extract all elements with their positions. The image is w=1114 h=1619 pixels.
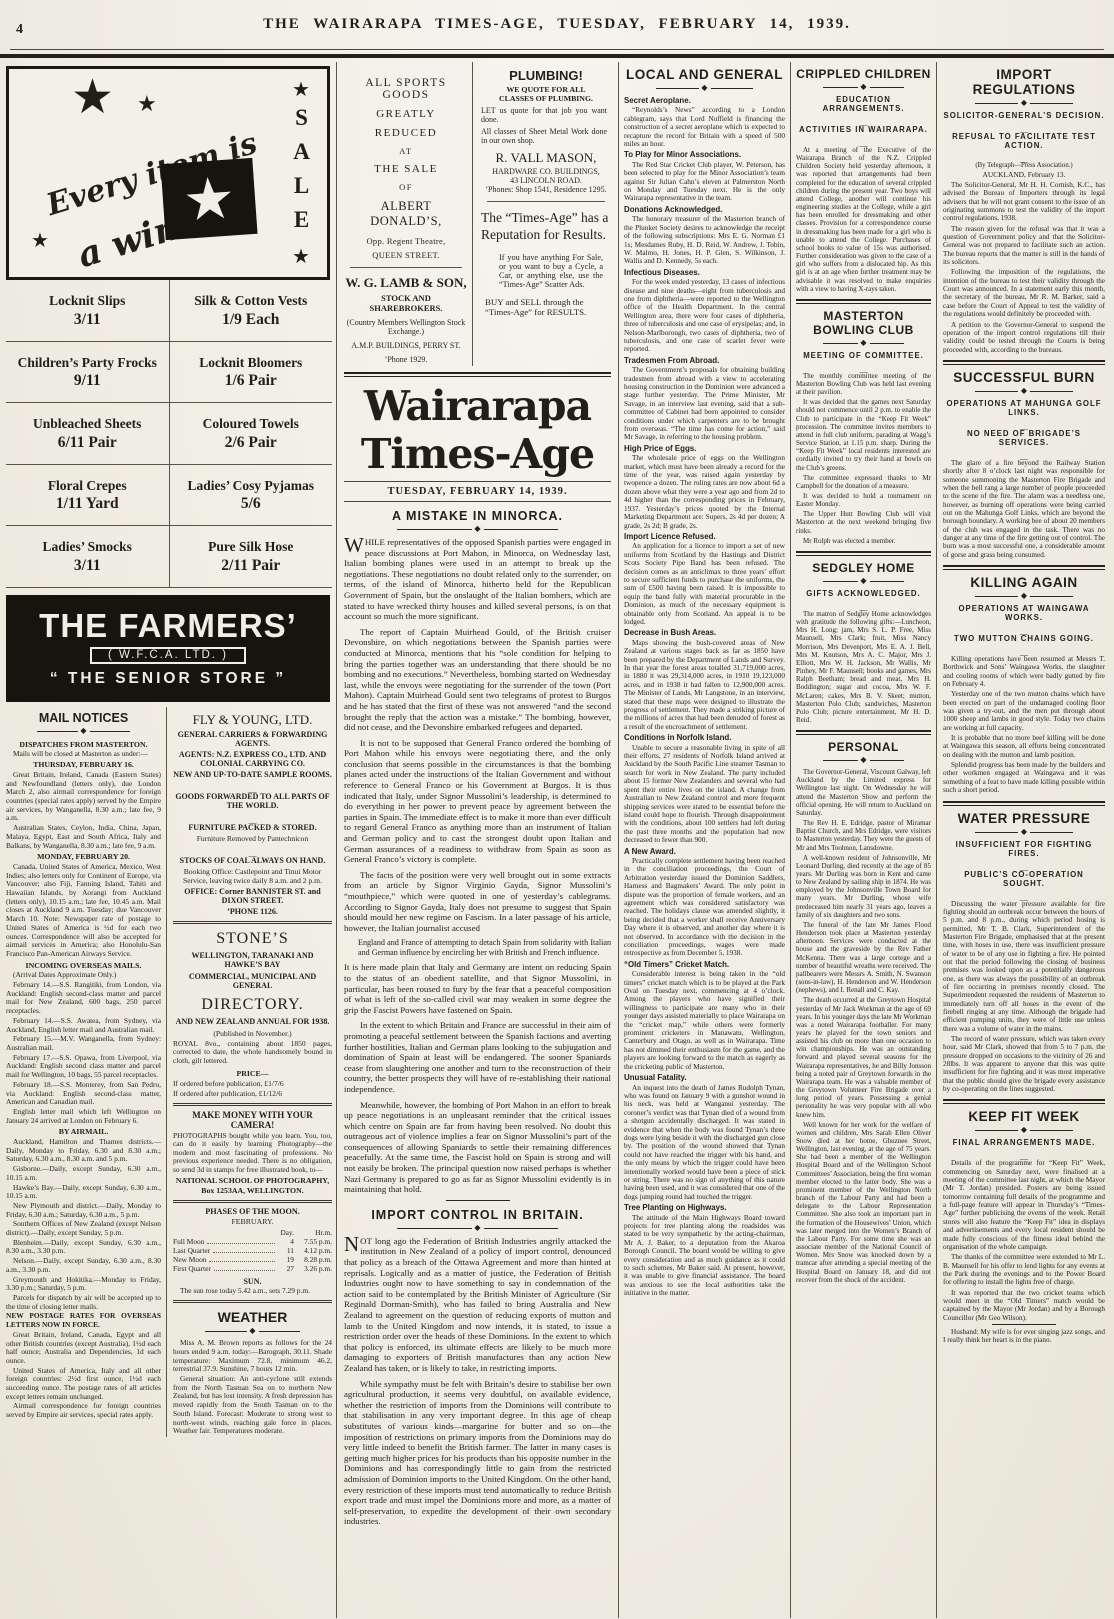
item-price: 1/11 Yard (12, 495, 163, 513)
section-rule-heavy (796, 551, 931, 556)
article-body: At a meeting of the Executive of the Wai… (796, 146, 931, 293)
item-price: 5/6 (176, 495, 327, 513)
dash-divider-icon (796, 135, 931, 144)
item-name: Locknit Slips (12, 293, 163, 309)
dash-divider-icon (173, 781, 332, 790)
running-head: THE WAIRARAPA TIMES-AGE, TUESDAY, FEBRUA… (0, 0, 1114, 33)
item-price: 3/11 (12, 557, 163, 575)
ad-line: Booking Office: Castlepoint and Tinui Mo… (173, 867, 332, 885)
article-paragraph: “Reynolds’s News” according to a London … (624, 106, 785, 148)
filler-joke: Husband: My wife is for ever singing jaz… (943, 1328, 1105, 1345)
price-line: If ordered after publication, £1/12/6 (173, 1089, 332, 1098)
ad-line: ALBERT DONALD’S, (344, 199, 468, 229)
column-news-right: IMPORT REGULATIONS SOLICITOR-GENERAL’S D… (936, 62, 1108, 1618)
dash-divider-icon (943, 448, 1105, 457)
item-name: Children’s Party Frocks (12, 355, 163, 371)
article-paragraph: The Rev H. E. Edridge, pastor of Miramar… (796, 819, 931, 852)
promo-line: BUY and SELL through the “Times-Age” for… (485, 297, 611, 317)
page-columns: Every item is a winner! SALE Locknit Sli… (0, 58, 1114, 1618)
section-rule-heavy (943, 360, 1105, 365)
article-paragraph: The honorary treasurer of the Masterton … (624, 215, 785, 265)
price-item: Ladies’ Smocks3/11 (6, 526, 169, 587)
article-paragraph: Practically complete settlement having b… (624, 857, 785, 958)
section-rule-heavy (943, 565, 1105, 570)
price-item: Floral Crepes1/11 Yard (6, 465, 169, 527)
price-item: Pure Silk Hose2/11 Pair (170, 526, 333, 587)
article-paragraph: It was decided that the games next Satur… (796, 398, 931, 471)
directory-name: DIRECTORY. (173, 996, 332, 1014)
diamond-divider-icon (823, 339, 904, 349)
item-price: 6/11 Pair (12, 434, 163, 452)
article-body: The monthly committee meeting of the Mas… (796, 372, 931, 545)
diamond-divider-icon (205, 1327, 300, 1337)
ad-line: Furniture Removed by Pantechnicon (173, 834, 332, 843)
article-paragraph: The Solicitor-General, Mr H. H. Cornish,… (943, 181, 1105, 223)
article-body: Details of the programme for “Keep Fit” … (943, 1159, 1105, 1322)
diamond-divider-icon (656, 84, 753, 94)
sun-heading: SUN. (173, 1277, 332, 1286)
section-rule (173, 1200, 332, 1203)
article-body: Discussing the water pressure available … (943, 900, 1105, 1094)
column-ads-left: Every item is a winner! SALE Locknit Sli… (6, 62, 336, 1618)
article-paragraph: Australian States, Ceylon, India, China,… (6, 824, 161, 850)
article-subhead: OPERATIONS AT MAHUNGA GOLF LINKS. (943, 399, 1105, 417)
dash-divider-icon (943, 121, 1105, 130)
ad-line: GREATLY (344, 108, 468, 120)
article-paragraph: Southern Offices of New Zealand (except … (6, 1220, 161, 1237)
article-paragraph: Blenheim.—Daily, except Sunday, 6.30 a.m… (6, 1239, 161, 1256)
item-name: Unbleached Sheets (12, 416, 163, 432)
article-body: The matron of Sedgley Home acknowledges … (796, 610, 931, 724)
article-paragraph: The committee expressed thanks to Mr Cam… (796, 474, 931, 490)
dash-divider-icon (173, 812, 332, 821)
ad-address: A.M.P. BUILDINGS, PERRY ST. (344, 341, 468, 350)
article-paragraph: English letter mail which left Wellingto… (6, 1108, 161, 1125)
item-heading: Tradesmen From Abroad. (624, 357, 785, 365)
phase-name: Full Moon (173, 1237, 204, 1246)
directory-name: STONE’S (173, 930, 332, 948)
section-title: PERSONAL (796, 740, 931, 754)
article-paragraph: Splendid progress has been made by the b… (943, 761, 1105, 794)
item-heading: “Old Timers” Cricket Match. (624, 961, 785, 969)
section-rule (173, 921, 332, 924)
article-subhead: REFUSAL TO FACILITATE TEST ACTION. (943, 132, 1105, 150)
stones-directory-advert: STONE’S WELLINGTON, TARANAKI AND HAWKE’S… (173, 930, 332, 1098)
article-body: The Solicitor-General, Mr H. H. Cornish,… (943, 181, 1105, 354)
ad-address: NATIONAL SCHOOL OF PHOTOGRAPHY, (173, 1176, 332, 1185)
top-adverts: ALL SPORTS GOODS GREATLY REDUCED AT THE … (344, 62, 611, 366)
section-body: Secret Aeroplane.“Reynolds’s News” accor… (624, 97, 785, 1298)
article-body: Miss A. M. Brown reports as follows for … (173, 1339, 332, 1436)
item-heading: Import Licence Refused. (624, 533, 785, 541)
moon-phases-table: PHASES OF THE MOON. FEBRUARY. Day. Hr.m.… (173, 1207, 332, 1296)
price-list: Locknit Slips3/11 Children’s Party Frock… (6, 280, 332, 588)
promo-line: The “Times-Age” has a Reputation for Res… (481, 209, 609, 243)
article-paragraph: Great Britain, Ireland, Canada, Egypt an… (6, 1331, 161, 1366)
article-paragraph: The report of Captain Muirhead Gould, of… (344, 627, 611, 733)
diamond-divider-icon (975, 1126, 1072, 1136)
item-heading: Donations Acknowledged. (624, 206, 785, 214)
item-heading: To Play for Minor Associations. (624, 151, 785, 159)
subheading: THURSDAY, FEBRUARY 16. (6, 761, 161, 770)
item-heading: Secret Aeroplane. (624, 97, 785, 105)
section-rule-heavy (796, 299, 931, 304)
short-rule (992, 1324, 1056, 1325)
article-paragraph: The death occurred at the Greytown Hospi… (796, 996, 931, 1118)
dash-divider-icon (173, 845, 332, 854)
promo-line: If you have anything For Sale, or you wa… (499, 253, 603, 289)
left-subcolumns: MAIL NOTICES DISPATCHES FROM MASTERTON. … (6, 707, 332, 1437)
article-subhead: INSUFFICIENT FOR FIGHTING FIRES. (943, 840, 1105, 858)
article-paragraph: At a meeting of the Executive of the Wai… (796, 146, 931, 293)
subheading: NEW POSTAGE RATES FOR OVERSEAS LETTERS N… (6, 1312, 161, 1329)
article-paragraph: Hawke’s Bay.—Daily, except Sunday, 6.30 … (6, 1184, 161, 1201)
article-paragraph: Nelson.—Daily, except Sunday, 6.30 a.m.,… (6, 1257, 161, 1274)
article-paragraph: Gisborne.—Daily, except Sunday, 6.30 a.m… (6, 1165, 161, 1182)
sun-times: The sun rose today 5.42 a.m., sets 7.29 … (173, 1287, 332, 1296)
article-paragraph: It was reported that the two cricket tea… (943, 1289, 1105, 1322)
ad-line: OF (344, 182, 468, 192)
dash-divider-icon (943, 644, 1105, 653)
ad-line: OFFICE: Corner BANNISTER ST. and DIXON S… (173, 887, 332, 905)
item-name: Pure Silk Hose (176, 539, 327, 555)
ad-line: AT (344, 146, 468, 156)
company-name: W. G. LAMB & SON, (344, 275, 468, 291)
article-paragraph: Miss A. M. Brown reports as follows for … (173, 1339, 332, 1374)
price-item: Locknit Bloomers1/6 Pair (170, 342, 333, 404)
filler-item: Husband: My wife is for ever singing jaz… (943, 1328, 1105, 1345)
subheading: BY AIRMAIL. (6, 1128, 161, 1137)
article-paragraph: It is here made plain that Italy and Ger… (344, 962, 611, 1015)
item-price: 3/11 (12, 311, 163, 329)
mail-notices-article: MAIL NOTICES DISPATCHES FROM MASTERTON. … (6, 707, 166, 1437)
section-rule-heavy (796, 730, 931, 735)
dash-divider-icon (796, 361, 931, 370)
paragraph-text: HILE representatives of the opposed Span… (344, 537, 611, 621)
table-row: New Moon198.28 p.m. (173, 1255, 332, 1264)
farmers-advert-inner: THE FARMERS’ ( W.F.C.A. LTD. ) “ THE SEN… (9, 598, 327, 699)
ad-address: HARDWARE CO. BUILDINGS, (481, 167, 611, 176)
drop-cap: W (344, 537, 365, 554)
company-name: R. VALL MASON, (481, 150, 611, 166)
diamond-divider-icon (823, 83, 904, 93)
phase-time: 8.28 p.m. (294, 1255, 332, 1264)
subheading: MONDAY, FEBRUARY 20. (6, 853, 161, 862)
article-paragraph: Yesterday one of the two mutton chains w… (943, 690, 1105, 732)
page-header: 4 THE WAIRARAPA TIMES-AGE, TUESDAY, FEBR… (0, 0, 1114, 46)
column-district-news: CRIPPLED CHILDREN EDUCATION ARRANGEMENTS… (790, 62, 936, 1618)
item-price: 9/11 (12, 372, 163, 390)
ad-line: REDUCED (344, 127, 468, 139)
table-row: First Quarter273.26 p.m. (173, 1264, 332, 1273)
price-line: If ordered before publication, £1/7/6 (173, 1079, 332, 1088)
phase-time: 4.12 p.m. (294, 1246, 332, 1255)
diamond-divider-icon (975, 592, 1072, 602)
article-paragraph: It was decided to hold a tournament on E… (796, 492, 931, 508)
phase-time: 7.55 p.m. (294, 1237, 332, 1246)
phase-name: First Quarter (173, 1264, 211, 1273)
diamond-divider-icon (37, 727, 130, 737)
item-name: Coloured Towels (176, 416, 327, 432)
article-paragraph: The glare of a fire beyond the Railway S… (943, 459, 1105, 559)
article-paragraph: New Plymouth and district.—Daily, Monday… (6, 1202, 161, 1219)
newspaper-nameplate: Wairarapa Times-Age (344, 382, 611, 478)
header-rule (10, 49, 1104, 50)
item-name: Floral Crepes (12, 478, 163, 494)
article-subhead: ACTIVITIES IN WAIRARAPA. (796, 125, 931, 134)
phase-name: Last Quarter (173, 1246, 210, 1255)
price-column-right: Silk & Cotton Vests1/9 Each Locknit Bloo… (170, 280, 333, 587)
diamond-divider-icon (823, 756, 904, 766)
article-paragraph: The record of water pressure, which was … (943, 1035, 1105, 1093)
dateline: TUESDAY, FEBRUARY 14, 1939. (344, 486, 611, 497)
article-paragraph: Auckland, Hamilton and Thames districts.… (6, 1138, 161, 1164)
store-name: THE FARMERS’ (15, 607, 321, 645)
article-paragraph: The reason given for the refusal was tha… (943, 225, 1105, 267)
price-item: Silk & Cotton Vests1/9 Each (170, 280, 333, 342)
ad-line: STOCK AND SHAREBROKERS. (344, 293, 468, 313)
article-paragraph: The thanks of the committee were extende… (943, 1253, 1105, 1286)
article-paragraph: Discussing the water pressure available … (943, 900, 1105, 1034)
price-item: Locknit Slips3/11 (6, 280, 169, 342)
section-title: KEEP FIT WEEK (943, 1109, 1105, 1124)
ad-line: AND NEW ZEALAND ANNUAL FOR 1938. (173, 1017, 332, 1026)
rule (344, 501, 611, 502)
ad-line: Opp. Regent Theatre, (344, 236, 468, 246)
article-paragraph: Details of the programme for “Keep Fit” … (943, 1159, 1105, 1251)
diamond-divider-icon (397, 525, 557, 535)
subheading: INCOMING OVERSEAS MAILS. (6, 962, 161, 971)
article-paragraph: It is probable that no more beef killing… (943, 734, 1105, 759)
article-paragraph: Killing operations have been resumed at … (943, 655, 1105, 688)
article-paragraph: February 17.—S.S. Opawa, from Liverpool,… (6, 1054, 161, 1080)
article-paragraph: An application for a licence to import a… (624, 542, 785, 626)
article-subhead: NO NEED OF BRIGADE’S SERVICES. (943, 429, 1105, 447)
article-paragraph: February 15.—M.V. Wanganella, from Sydne… (6, 1035, 161, 1052)
item-heading: Unusual Fatality. (624, 1074, 785, 1082)
section-title: MASTERTON BOWLING CLUB (796, 309, 931, 337)
section-title: WATER PRESSURE (943, 811, 1105, 826)
sale-advert: Every item is a winner! SALE (6, 66, 330, 280)
diamond-divider-icon (823, 577, 904, 587)
item-heading: Conditions in Norfolk Island. (624, 734, 785, 742)
item-name: Ladies’ Cosy Pyjamas (176, 478, 327, 494)
article-paragraph: The Governor-General, Viscount Galway, l… (796, 768, 931, 817)
article-paragraph: The facts of the position were very well… (344, 870, 611, 934)
ad-line: THE SALE (344, 163, 468, 175)
article-paragraph: The Government’s proposals for obtaining… (624, 366, 785, 442)
phase-day: 27 (278, 1264, 294, 1273)
ad-line: (Country Members Wellington Stock Exchan… (344, 318, 468, 336)
star-icon (292, 244, 310, 269)
newspaper-page: 4 THE WAIRARAPA TIMES-AGE, TUESDAY, FEBR… (0, 0, 1114, 1619)
ad-divider (350, 267, 462, 268)
article-paragraph: It is not to be supposed that General Fr… (344, 738, 611, 865)
ad-line: GOODS FORWARDED TO ALL PARTS OF THE WORL… (173, 792, 332, 810)
article-paragraph: The Upper Hutt Bowling Club will visit M… (796, 510, 931, 534)
sale-word: SALE (288, 105, 314, 241)
article-paragraph: In the extent to which Britain and Franc… (344, 1020, 611, 1094)
phase-day: 4 (278, 1237, 294, 1246)
article-paragraph: Meanwhile, however, the bombing of Port … (344, 1100, 611, 1195)
ad-phone: ’Phone 1929. (344, 355, 468, 364)
leader-body: WHILE representatives of the opposed Spa… (344, 537, 611, 1195)
table-row: Full Moon47.55 p.m. (173, 1237, 332, 1246)
section-title: SUCCESSFUL BURN (943, 370, 1105, 385)
ad-divider (487, 201, 605, 202)
ad-heading: MAKE MONEY WITH YOUR CAMERA! (173, 1110, 332, 1130)
ad-line: ALL SPORTS GOODS (344, 77, 468, 101)
article-paragraph: February 14.—S.S. Awatea, from Sydney, v… (6, 1017, 161, 1034)
price-item: Children’s Party Frocks9/11 (6, 342, 169, 404)
article-paragraph: A well-known resident of Johnsonville, M… (796, 854, 931, 919)
ad-line: GENERAL CARRIERS & FORWARDING AGENTS. (173, 730, 332, 748)
phase-day: 19 (278, 1255, 294, 1264)
article-paragraph: NOT long ago the Federation of British I… (344, 1236, 611, 1374)
article-body: The Governor-General, Viscount Galway, l… (796, 768, 931, 1284)
section-rule (173, 1300, 332, 1303)
dotted-leader (207, 1237, 275, 1244)
store-slogan: “ THE SENIOR STORE ” (15, 670, 321, 688)
byline: (By Telegraph—Press Association.) (943, 162, 1105, 169)
dash-divider-icon (796, 114, 931, 123)
article-subhead: GIFTS ACKNOWLEDGED. (796, 589, 931, 598)
item-heading: Decrease in Bush Areas. (624, 629, 785, 637)
dash-divider-icon (943, 889, 1105, 898)
article-subhead: PUBLIC’S CO-OPERATION SOUGHT. (943, 870, 1105, 888)
article-title: WEATHER (173, 1309, 332, 1325)
ad-address: 43 LINCOLN ROAD. (481, 176, 611, 185)
article-subhead: SOLICITOR-GENERAL’S DECISION. (943, 111, 1105, 120)
article-paragraph: February 14.—S.S. Rangitiki, from London… (6, 981, 161, 1016)
item-name: Silk & Cotton Vests (176, 293, 327, 309)
ad-line: NEW AND UP-TO-DATE SAMPLE ROOMS. (173, 770, 332, 779)
article-body: Mails will be closed at Masterton as und… (6, 750, 161, 1420)
article-paragraph: (Arrival Dates Approximate Only.) (6, 971, 161, 980)
article-paragraph: The monthly committee meeting of the Mas… (796, 372, 931, 396)
article-paragraph: Parcels for dispatch by air will be acce… (6, 1294, 161, 1311)
item-price: 2/6 Pair (176, 434, 327, 452)
section-title: CRIPPLED CHILDREN (796, 67, 931, 81)
ad-body: All classes of Sheet Metal Work done in … (481, 127, 607, 145)
ad-line: QUEEN STREET. (344, 250, 468, 260)
block-quote: England and France of attempting to deta… (358, 938, 611, 957)
item-heading: A New Award. (624, 848, 785, 856)
item-name: Ladies’ Smocks (12, 539, 163, 555)
article-subhead: MEETING OF COMMITTEE. (796, 351, 931, 360)
article-paragraph: Greymouth and Hokitika.—Monday to Friday… (6, 1276, 161, 1293)
article-paragraph: WHILE representatives of the opposed Spa… (344, 537, 611, 622)
article-subhead: EDUCATION ARRANGEMENTS. (796, 95, 931, 113)
dash-divider-icon (943, 859, 1105, 868)
item-heading: High Price of Eggs. (624, 445, 785, 453)
table-header: Day. Hr.m. (173, 1228, 332, 1237)
article-paragraph: February 18.—S.S. Monterey, from San Ped… (6, 1081, 161, 1107)
editorial-headline: IMPORT CONTROL IN BRITAIN. (344, 1208, 611, 1222)
ad-line: STOCKS OF COAL ALWAYS ON HAND. (173, 856, 332, 865)
dateline-place: AUCKLAND, February 13. (943, 170, 1105, 179)
leader-headline: A MISTAKE IN MINORCA. (344, 509, 611, 523)
left-inner-column: FLY & YOUNG, LTD. GENERAL CARRIERS & FOR… (166, 707, 332, 1437)
article-paragraph: The Red Star Cricket Club player, W. Pet… (624, 161, 785, 203)
ad-address: Box 1253AA, WELLINGTON. (173, 1186, 332, 1195)
camera-school-advert: MAKE MONEY WITH YOUR CAMERA! PHOTOGRAPHS… (173, 1110, 332, 1195)
ad-line: ’PHONE 1126. (173, 907, 332, 916)
phase-name: New Moon (173, 1255, 206, 1264)
ad-line: (Published in November.) (173, 1029, 332, 1038)
article-title: MAIL NOTICES (6, 711, 161, 725)
ad-line: COMMERCIAL, MUNICIPAL AND GENERAL (173, 972, 332, 990)
article-paragraph: Great Britain, Ireland, Canada (Eastern … (6, 771, 161, 823)
ad-line: WE QUOTE FOR ALL CLASSES OF PLUMBING. (489, 85, 603, 103)
star-icon (292, 77, 310, 102)
drop-cap: N (344, 1236, 360, 1253)
ad-heading: PLUMBING! (481, 68, 611, 83)
farmers-advert: THE FARMERS’ ( W.F.C.A. LTD. ) “ THE SEN… (6, 595, 330, 702)
ad-body: PHOTOGRAPHS bought while you learn. You,… (173, 1132, 332, 1175)
sports-sale-advert: ALL SPORTS GOODS GREATLY REDUCED AT THE … (344, 62, 472, 366)
section-title: KILLING AGAIN (943, 575, 1105, 590)
rule (344, 481, 611, 482)
dash-divider-icon (943, 1148, 1105, 1157)
section-rule-heavy (344, 372, 611, 377)
article-paragraph: Airmail correspondence for foreign count… (6, 1402, 161, 1419)
section-rule-heavy (943, 801, 1105, 806)
diamond-divider-icon (975, 387, 1072, 397)
star-icon (31, 228, 49, 253)
article-paragraph: Maps showing the bush-covered areas of N… (624, 639, 785, 731)
editorial-body: NOT long ago the Federation of British I… (344, 1236, 611, 1527)
price-column-left: Locknit Slips3/11 Children’s Party Frock… (6, 280, 170, 587)
section-rule (173, 1103, 332, 1106)
dash-divider-icon (943, 418, 1105, 427)
article-paragraph: The matron of Sedgley Home acknowledges … (796, 610, 931, 724)
article-paragraph: The funeral of the late Mr James Flood H… (796, 921, 931, 994)
price-item: Unbleached Sheets6/11 Pair (6, 403, 169, 465)
section-title: SEDGLEY HOME (796, 561, 931, 575)
price-item: Ladies’ Cosy Pyjamas5/6 (170, 465, 333, 527)
item-heading: Infectious Diseases. (624, 269, 785, 277)
dotted-leader (209, 1255, 275, 1262)
article-paragraph: United States of America, Italy and all … (6, 1367, 161, 1402)
item-price: 2/11 Pair (176, 557, 327, 575)
star-icon (160, 158, 257, 240)
price-heading: PRICE— (173, 1069, 332, 1078)
article-paragraph: The attitude of the Main Highways Board … (624, 1214, 785, 1298)
page-number: 4 (16, 22, 23, 38)
article-paragraph: Canada, United States of America, Mexico… (6, 863, 161, 959)
item-name: Locknit Bloomers (176, 355, 327, 371)
phase-time: 3.26 p.m. (294, 1264, 332, 1273)
article-subhead: OPERATIONS AT WAINGAWA WORKS. (943, 604, 1105, 622)
dotted-leader (214, 1264, 275, 1271)
item-price: 1/6 Pair (176, 372, 327, 390)
article-subhead: FINAL ARRANGEMENTS MADE. (943, 1138, 1105, 1147)
article-paragraph: While sympathy must be felt with Britain… (344, 1379, 611, 1527)
ad-body: ROYAL 8vo., containing about 1850 pages,… (173, 1040, 332, 1066)
article-paragraph: Unable to secure a reasonable living in … (624, 744, 785, 845)
dash-divider-icon (796, 599, 931, 608)
dash-divider-icon (943, 151, 1105, 160)
article-paragraph: Considerable interest is being taken in … (624, 970, 785, 1071)
ad-line: FURNITURE PACKED & STORED. (173, 823, 332, 832)
dotted-leader (213, 1246, 275, 1253)
table-title: PHASES OF THE MOON. (173, 1207, 332, 1216)
short-rule (446, 1200, 510, 1201)
article-subtitle: DISPATCHES FROM MASTERTON. (6, 740, 161, 749)
ad-body: LET us quote for that job you want done. (481, 106, 607, 124)
phase-day: 11 (278, 1246, 294, 1255)
